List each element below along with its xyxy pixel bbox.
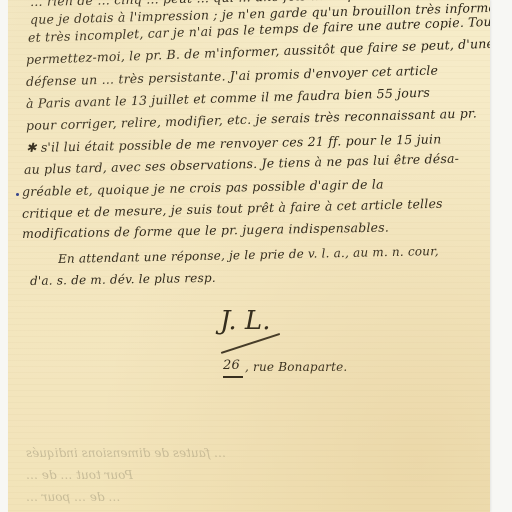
- letter-line-10: critique et de mesure, je suis tout prêt…: [22, 196, 443, 221]
- letter-page: … rien de … cinq … peut … qui … une fois…: [8, 0, 490, 512]
- address-number: 26: [223, 358, 240, 373]
- address-underline: [223, 376, 243, 378]
- letter-line-9: gréable et, quoique je ne crois pas poss…: [22, 176, 384, 199]
- letter-line-8: au plus tard, avec ses observations. Je …: [24, 151, 459, 177]
- signature: J. L.: [220, 306, 270, 336]
- ink-mark: [16, 193, 19, 196]
- closing-line-0: En attendant une réponse, je le prie de …: [58, 244, 439, 266]
- closing-line-1: d'a. s. de m. dév. le plus resp.: [30, 271, 216, 288]
- bleed-through-line-0: … fautes de dimensions indiqués: [26, 446, 226, 460]
- address-street: , rue Bonaparte.: [245, 360, 347, 374]
- signature-flourish: [221, 333, 281, 354]
- letter-line-6: pour corriger, relire, modifier, etc. je…: [26, 105, 477, 133]
- letter-line-11: modifications de forme que le pr. jugera…: [22, 220, 389, 241]
- bleed-through-line-1: Pour tout … de …: [26, 468, 133, 482]
- bleed-through-line-2: … de … pour …: [26, 490, 120, 504]
- letter-line-4: défense un … très persistante. J'ai prom…: [26, 62, 438, 89]
- letter-line-5: à Paris avant le 13 juillet et comme il …: [26, 85, 430, 111]
- letter-line-7: ✱ s'il lui était possible de me renvoyer…: [26, 131, 442, 155]
